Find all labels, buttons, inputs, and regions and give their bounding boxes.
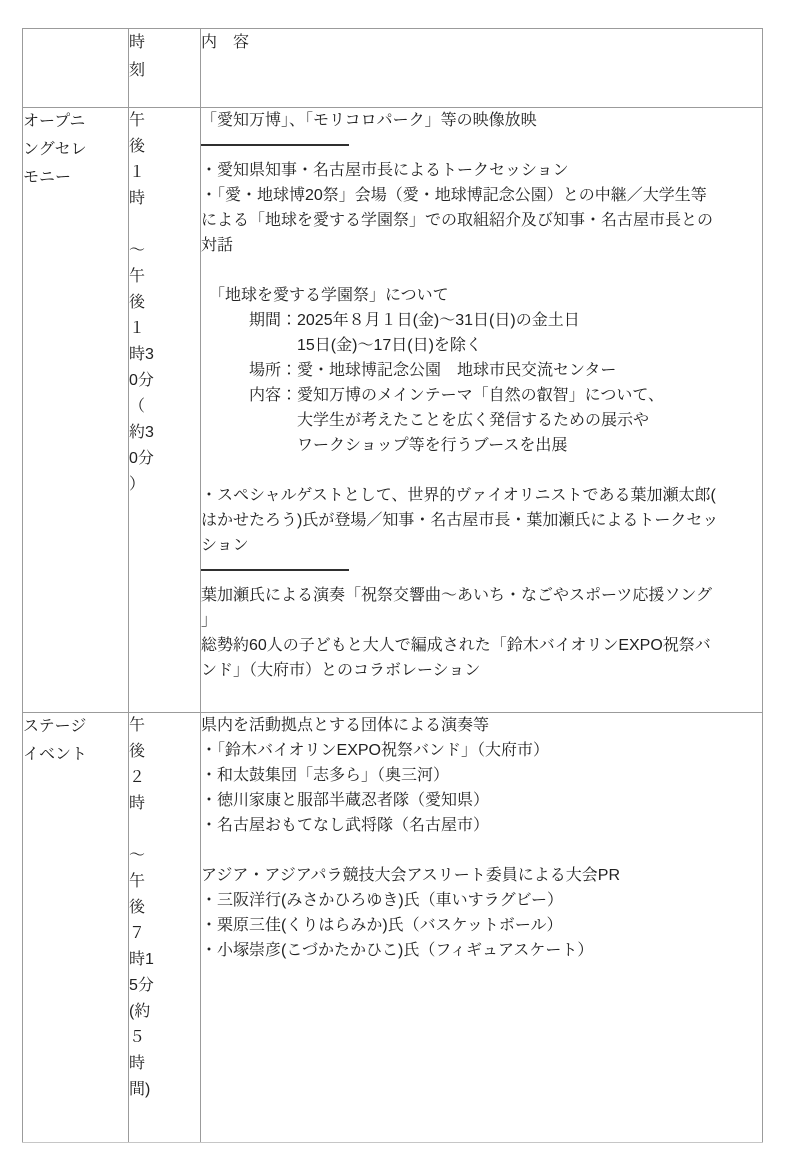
line-spacer [201,458,762,483]
separator-rule [201,569,349,571]
category-cell: オープニ ングセレ モニー [23,108,129,713]
row-opening-ceremony: オープニ ングセレ モニー 午 後 １ 時 ～ 午 後 １ 時3 0分 （ 約3… [23,108,763,713]
content-paragraph: アジア・アジアパラ競技大会アスリート委員による大会PR ・三阪洋行(みさかひろゆ… [201,863,762,963]
event-schedule-table: 時 刻 内 容 オープニ ングセレ モニー 午 後 １ 時 ～ 午 後 １ 時3… [22,28,763,1143]
line-spacer [201,838,762,863]
content-cell: 「愛知万博」、「モリコロパーク」等の映像放映 ・愛知県知事・名古屋市長によるトー… [201,108,763,713]
separator-rule [201,144,349,146]
content-cell: 県内を活動拠点とする団体による演奏等 ・「鈴木バイオリンEXPO祝祭バンド」（大… [201,713,763,1143]
time-cell: 午 後 ２ 時 ～ 午 後 ７ 時1 5分 (約 ５ 時 間) [129,713,201,1143]
content-paragraph: ・愛知県知事・名古屋市長によるトークセッション ・「愛・地球博20祭」会場（愛・… [201,158,762,258]
content-paragraph: 葉加瀬氏による演奏「祝祭交響曲～あいち・なごやスポーツ応援ソング 」 総勢約60… [201,583,762,683]
header-cell-time: 時 刻 [129,29,201,108]
header-cell-content: 内 容 [201,29,763,108]
time-cell: 午 後 １ 時 ～ 午 後 １ 時3 0分 （ 約3 0分 ） [129,108,201,713]
category-cell: ステージ イベント [23,713,129,1143]
header-cell-category [23,29,129,108]
header-row: 時 刻 内 容 [23,29,763,108]
content-paragraph: 県内を活動拠点とする団体による演奏等 ・「鈴木バイオリンEXPO祝祭バンド」（大… [201,713,762,838]
document-page: 時 刻 内 容 オープニ ングセレ モニー 午 後 １ 時 ～ 午 後 １ 時3… [0,0,800,1173]
line-spacer [201,258,762,283]
content-paragraph: 「地球を愛する学園祭」について 期間：2025年８月１日(金)～31日(日)の金… [201,283,762,458]
row-stage-event: ステージ イベント 午 後 ２ 時 ～ 午 後 ７ 時1 5分 (約 ５ 時 間… [23,713,763,1143]
content-paragraph: 「愛知万博」、「モリコロパーク」等の映像放映 [201,108,762,133]
content-paragraph: ・スペシャルゲストとして、世界的ヴァイオリニストである葉加瀬太郎( はかせたろう… [201,483,762,558]
